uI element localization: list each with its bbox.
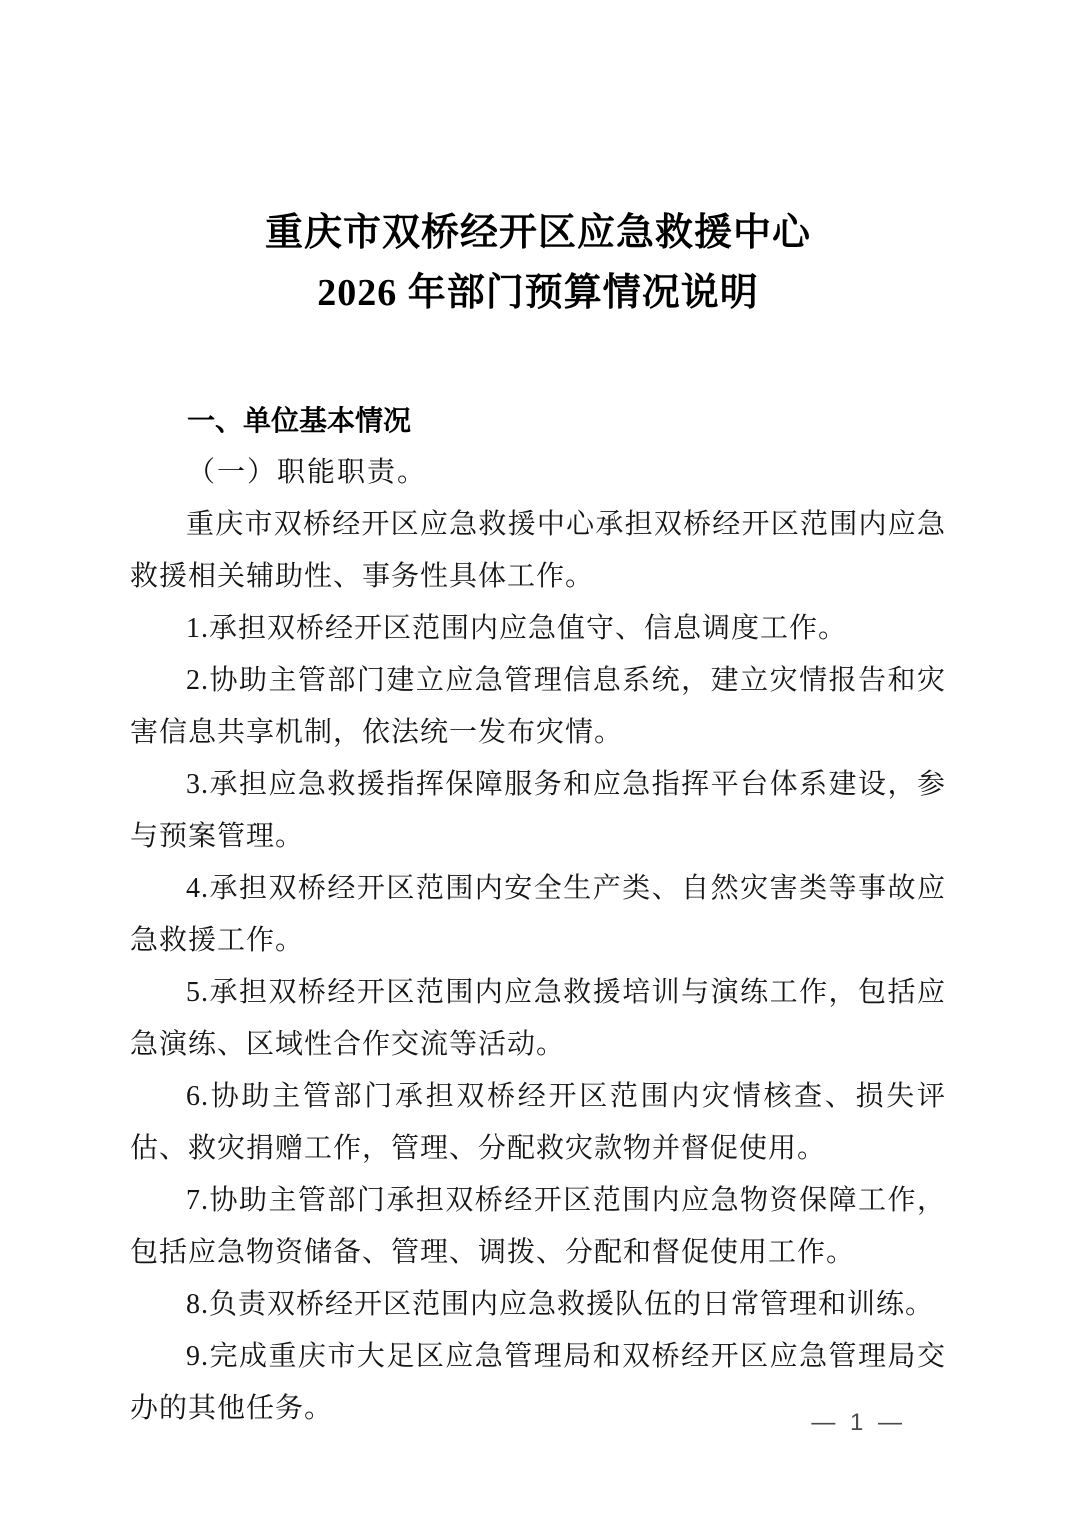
document-title: 重庆市双桥经开区应急救援中心 2026 年部门预算情况说明 xyxy=(130,203,946,323)
paragraph: 1.承担双桥经开区范围内应急值守、信息调度工作。 xyxy=(130,603,946,655)
paragraph: 4.承担双桥经开区范围内安全生产类、自然灾害类等事故应急救援工作。 xyxy=(130,863,946,967)
paragraph: 重庆市双桥经开区应急救援中心承担双桥经开区范围内应急救援相关辅助性、事务性具体工… xyxy=(130,499,946,603)
paragraph: 6.协助主管部门承担双桥经开区范围内灾情核查、损失评估、救灾捐赠工作，管理、分配… xyxy=(130,1071,946,1175)
section-heading-basic-info: 一、单位基本情况 xyxy=(187,395,946,447)
document-title-line-1: 重庆市双桥经开区应急救援中心 xyxy=(130,203,946,263)
document-title-line-2: 2026 年部门预算情况说明 xyxy=(130,263,946,323)
document-page: 重庆市双桥经开区应急救援中心 2026 年部门预算情况说明 一、单位基本情况 （… xyxy=(0,0,1074,1520)
body-paragraphs: 重庆市双桥经开区应急救援中心承担双桥经开区范围内应急救援相关辅助性、事务性具体工… xyxy=(130,499,946,1435)
subsection-heading-duties: （一）职能职责。 xyxy=(187,447,946,499)
page-number: — 1 — xyxy=(811,1408,906,1438)
paragraph: 5.承担双桥经开区范围内应急救援培训与演练工作，包括应急演练、区域性合作交流等活… xyxy=(130,967,946,1071)
paragraph: 8.负责双桥经开区范围内应急救援队伍的日常管理和训练。 xyxy=(130,1279,946,1331)
paragraph: 2.协助主管部门建立应急管理信息系统，建立灾情报告和灾害信息共享机制，依法统一发… xyxy=(130,655,946,759)
paragraph: 7.协助主管部门承担双桥经开区范围内应急物资保障工作，包括应急物资储备、管理、调… xyxy=(130,1175,946,1279)
paragraph: 3.承担应急救援指挥保障服务和应急指挥平台体系建设，参与预案管理。 xyxy=(130,759,946,863)
